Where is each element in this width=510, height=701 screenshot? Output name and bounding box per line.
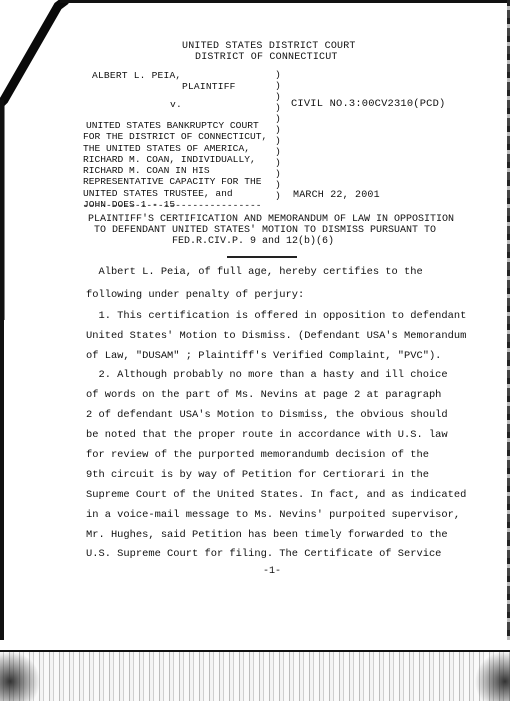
body-line: in a voice-mail message to Ms. Nevins' p…: [86, 509, 460, 521]
title-line: PLAINTIFF'S CERTIFICATION AND MEMORANDUM…: [88, 214, 468, 225]
body-line: U.S. Supreme Court for filing. The Certi…: [86, 548, 441, 560]
body-line: of words on the part of Ms. Nevins at pa…: [86, 389, 441, 401]
body-line: Supreme Court of the United States. In f…: [86, 489, 466, 501]
scan-noise-band: [0, 652, 510, 701]
defendant-line: FOR THE DISTRICT OF CONNECTICUT,: [83, 131, 267, 142]
bracket: ): [275, 124, 281, 135]
defendant-line: UNITED STATES BANKRUPTCY COURT: [83, 120, 267, 131]
scan-left-edge: [0, 100, 4, 640]
bracket: ): [275, 146, 281, 157]
document-title: PLAINTIFF'S CERTIFICATION AND MEMORANDUM…: [88, 214, 468, 247]
bracket: ): [275, 69, 281, 80]
defendant-line: THE UNITED STATES OF AMERICA,: [83, 143, 267, 154]
defendant-line: RICHARD M. COAN, INDIVIDUALLY,: [83, 154, 267, 165]
body-line: for review of the purported memorandumb …: [86, 449, 429, 461]
scanned-document-page: UNITED STATES DISTRICT COURT DISTRICT OF…: [0, 0, 510, 701]
body-line: be noted that the proper route in accord…: [86, 429, 448, 441]
title-line: FED.R.CIV.P. 9 and 12(b)(6): [88, 236, 468, 247]
case-number: CIVIL NO.3:00CV2310(PCD): [291, 99, 445, 110]
body-line: Mr. Hughes, said Petition has been timel…: [86, 529, 448, 541]
title-line: TO DEFENDANT UNITED STATES' MOTION TO DI…: [88, 225, 468, 236]
filing-date: MARCH 22, 2001: [293, 190, 380, 201]
body-line: 1. This certification is offered in oppo…: [86, 310, 466, 322]
body-line: of Law, "DUSAM" ; Plaintiff's Verified C…: [86, 350, 441, 362]
body-line: Albert L. Peia, of full age, hereby cert…: [86, 266, 423, 278]
court-name: UNITED STATES DISTRICT COURT: [182, 41, 356, 52]
court-district: DISTRICT OF CONNECTICUT: [195, 52, 338, 63]
bracket: ): [275, 190, 281, 201]
bracket: ): [275, 102, 281, 113]
bracket: ): [275, 179, 281, 190]
plaintiff-role: PLAINTIFF: [182, 81, 236, 92]
versus-label: v.: [170, 99, 182, 110]
bracket: ): [275, 157, 281, 168]
defendants-list: UNITED STATES BANKRUPTCY COURT FOR THE D…: [83, 120, 267, 210]
body-line: following under penalty of perjury:: [86, 289, 304, 301]
caption-brackets: ) ) ) ) ) ) ) ) ) ) ) ): [275, 69, 281, 201]
plaintiff-name: ALBERT L. PEIA,: [92, 70, 181, 81]
scan-fold-mark: [0, 0, 80, 320]
caption-separator: -------------------------------: [83, 200, 261, 211]
title-underline: [227, 256, 297, 258]
body-line: 2. Although probably no more than a hast…: [86, 369, 448, 381]
bracket: ): [275, 80, 281, 91]
bracket: ): [275, 113, 281, 124]
body-line: 2 of defendant USA's Motion to Dismiss, …: [86, 409, 448, 421]
body-line: 9th circuit is by way of Petition for Ce…: [86, 469, 429, 481]
defendant-line: RICHARD M. COAN IN HIS: [83, 165, 267, 176]
body-line: United States' Motion to Dismiss. (Defen…: [86, 330, 466, 342]
scan-top-edge: [60, 0, 510, 3]
defendant-line: REPRESENTATIVE CAPACITY FOR THE: [83, 176, 267, 187]
page-number: -1-: [263, 566, 281, 577]
bracket: ): [275, 168, 281, 179]
bracket: ): [275, 135, 281, 146]
bracket: ): [275, 91, 281, 102]
defendant-line: UNITED STATES TRUSTEE, and: [83, 188, 267, 199]
